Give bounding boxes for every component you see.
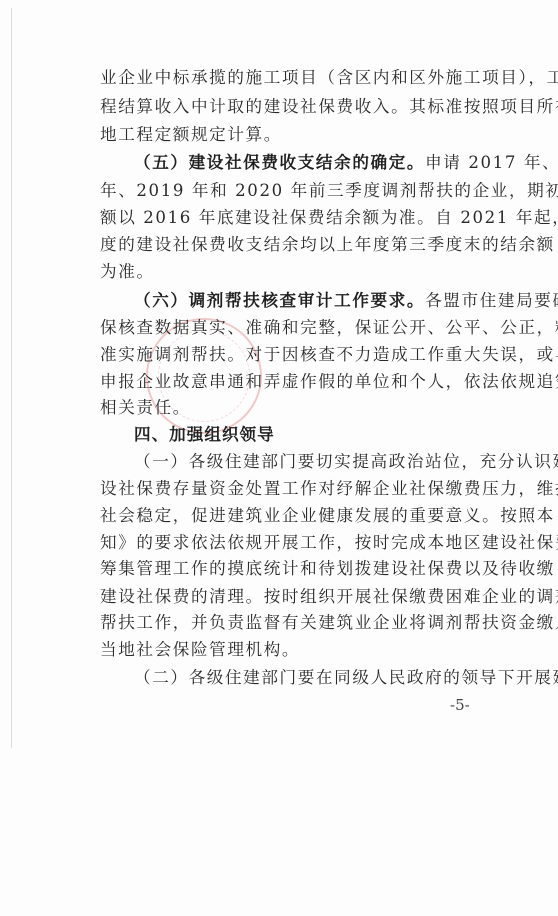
section-line-5: 筹集管理工作的摸底统计和待划拨建设社保费以及待收缴 [100, 555, 482, 582]
scan-edge-line [11, 8, 12, 748]
paragraph-five-first-line: （五）建设社保费收支结余的确定。申请 2017 年、2018 [134, 149, 482, 176]
paragraph-five-text: 申请 2017 年、2018 [425, 153, 558, 172]
body-line-1: 业企业中标承揽的施工项目（含区内和区外施工项目），工 [100, 64, 482, 91]
paragraph-six-text: 各盟市住建局要确 [425, 291, 558, 310]
section-heading: 四、加强组织领导 [134, 421, 516, 448]
body-line-6: 额以 2016 年底建设社保费结余额为准。自 2021 年起，每年 [100, 204, 482, 231]
paragraph-six-heading: （六）调剂帮扶核查审计工作要求。 [134, 290, 425, 310]
section-line-9: （二）各级住建部门要在同级人民政府的领导下开展建 [134, 664, 482, 691]
body-line-11: 准实施调剂帮扶。对于因核查不力造成工作重大失误，或与 [100, 341, 482, 368]
paragraph-six-first-line: （六）调剂帮扶核查审计工作要求。各盟市住建局要确 [134, 287, 482, 314]
body-line-3: 地工程定额规定计算。 [100, 121, 482, 148]
section-line-7: 帮扶工作，并负责监督有关建筑业企业将调剂帮扶资金缴入 [100, 609, 482, 636]
body-line-2: 程结算收入中计取的建设社保费收入。其标准按照项目所在 [100, 93, 482, 120]
body-line-7: 度的建设社保费收支结余均以上年度第三季度末的结余额 [100, 231, 482, 258]
section-line-8: 当地社会保险管理机构。 [100, 636, 482, 663]
section-line-4: 知》的要求依法依规开展工作，按时完成本地区建设社保费 [100, 529, 482, 556]
body-line-5: 年、2019 年和 2020 年前三季度调剂帮扶的企业，期初结余 [100, 177, 482, 204]
section-line-3: 社会稳定，促进建筑业企业健康发展的重要意义。按照本《通 [100, 502, 482, 529]
section-line-2: 设社保费存量资金处置工作对纾解企业社保缴费压力，维护 [100, 475, 482, 502]
document-page: ​ 业企业中标承揽的施工项目（含区内和区外施工项目），工 程结算收入中计取的建设… [0, 0, 558, 916]
section-line-6: 建设社保费的清理。按时组织开展社保缴费困难企业的调剂 [100, 583, 482, 610]
body-line-10: 保核查数据真实、准确和完整，保证公开、公平、公正，精 [100, 314, 482, 341]
section-line-1: （一）各级住建部门要切实提高政治站位，充分认识建 [134, 448, 482, 475]
paragraph-five-heading: （五）建设社保费收支结余的确定。 [134, 152, 425, 172]
page-number: -5- [450, 696, 470, 714]
body-line-12: 申报企业故意串通和弄虚作假的单位和个人，依法依规追究 [100, 368, 482, 395]
body-line-8: 为准。 [100, 258, 482, 285]
body-line-13: 相关责任。 [100, 394, 482, 421]
